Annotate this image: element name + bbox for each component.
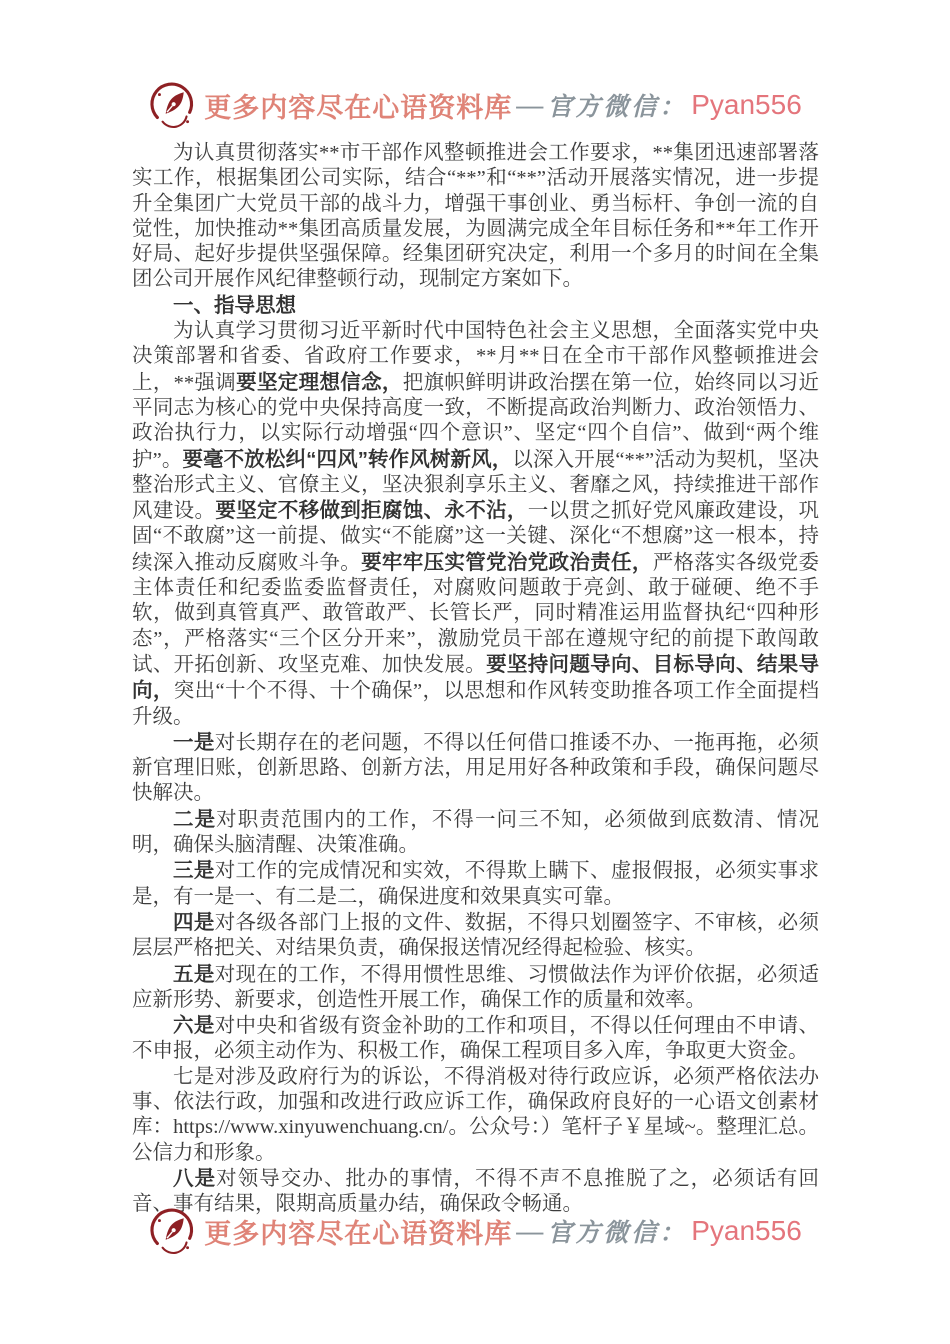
- paragraph: 七是对涉及政府行为的诉讼，不得消极对待行政应诉，必须严格依法办事、依法行政，加强…: [132, 1065, 819, 1166]
- bold-text-run: 要毫不放松纠“四风”转作风树新风，: [182, 448, 512, 471]
- page-header: 更多内容尽在心语资料库 — 官方微信： Pyan556: [0, 80, 950, 130]
- brand-separator: —: [516, 1216, 543, 1247]
- text-run: 突出“十个不得、十个确保”，以思想和作风转变助推各项工作全面提档升级。: [132, 680, 819, 727]
- document-page: 更多内容尽在心语资料库 — 官方微信： Pyan556 为认真贯彻落实**市干部…: [0, 0, 950, 1344]
- text-run: 对各级各部门上报的文件、数据，不得只划圈签字、不审核，必须层层严格把关、对结果负…: [132, 912, 819, 959]
- bold-text-run: 要坚定不移做到拒腐蚀、永不沾，: [215, 499, 527, 522]
- page-footer: 更多内容尽在心语资料库 — 官方微信： Pyan556: [0, 1206, 950, 1256]
- document-body: 为认真贯彻落实**市干部作风整顿推进会工作要求，**集团迅速部署落实工作，根据集…: [132, 141, 819, 1217]
- bold-text-run: 三是: [173, 859, 215, 882]
- paragraph: 三是对工作的完成情况和实效，不得欺上瞒下、虚报假报，必须实事求是，有一是一、有二…: [132, 858, 819, 910]
- paragraph: 为认真学习贯彻习近平新时代中国特色社会主义思想，全面落实党中央决策部署和省委、省…: [132, 319, 819, 730]
- paragraph: 为认真贯彻落实**市干部作风整顿推进会工作要求，**集团迅速部署落实工作，根据集…: [132, 141, 819, 293]
- wechat-label: 官方微信：: [547, 87, 687, 123]
- bold-text-run: 六是: [173, 1014, 215, 1037]
- bold-text-run: 二是: [173, 808, 216, 831]
- paragraph: 一是对长期存在的老问题，不得以任何借口推诿不办、一拖再拖，必须新官理旧账，创新思…: [132, 730, 819, 807]
- paragraph: 二是对职责范围内的工作，不得一问三不知，必须做到底数清、情况明，确保头脑清醒、决…: [132, 807, 819, 859]
- brand-separator: —: [516, 90, 543, 121]
- section-heading: 一、指导思想: [132, 293, 819, 319]
- text-run: 对现在的工作，不得用惯性思维、习惯做法作为评价依据，必须适应新形势、新要求，创造…: [132, 964, 819, 1011]
- text-run: 对长期存在的老问题，不得以任何借口推诿不办、一拖再拖，必须新官理旧账，创新思路、…: [132, 732, 819, 805]
- pen-nib-logo-icon: [148, 1206, 198, 1256]
- brand-text: 更多内容尽在心语资料库: [204, 86, 512, 125]
- bold-text-run: 一、指导思想: [173, 294, 296, 317]
- text-run: 为认真贯彻落实**市干部作风整顿推进会工作要求，**集团迅速部署落实工作，根据集…: [132, 142, 819, 290]
- text-run: 对中央和省级有资金补助的工作和项目，不得以任何理由不申请、不申报，必须主动作为、…: [132, 1015, 819, 1062]
- paragraph: 四是对各级各部门上报的文件、数据，不得只划圈签字、不审核，必须层层严格把关、对结…: [132, 910, 819, 962]
- brand-text: 更多内容尽在心语资料库: [204, 1212, 512, 1251]
- bold-text-run: 要牢牢压实管党治党政治责任，: [361, 551, 653, 574]
- text-run: 对职责范围内的工作，不得一问三不知，必须做到底数清、情况明，确保头脑清醒、决策准…: [132, 809, 819, 856]
- wechat-id: Pyan556: [691, 1215, 802, 1247]
- bold-text-run: 五是: [173, 963, 215, 986]
- wechat-id: Pyan556: [691, 89, 802, 121]
- pen-nib-logo-icon: [148, 80, 198, 130]
- bold-text-run: 要坚定理想信念，: [236, 371, 403, 394]
- text-run: 对工作的完成情况和实效，不得欺上瞒下、虚报假报，必须实事求是，有一是一、有二是二…: [132, 860, 819, 907]
- bold-text-run: 八是: [173, 1167, 216, 1190]
- paragraph: 六是对中央和省级有资金补助的工作和项目，不得以任何理由不申请、不申报，必须主动作…: [132, 1013, 819, 1065]
- text-run: 七是对涉及政府行为的诉讼，不得消极对待行政应诉，必须严格依法办事、依法行政，加强…: [132, 1066, 819, 1164]
- paragraph: 五是对现在的工作，不得用惯性思维、习惯做法作为评价依据，必须适应新形势、新要求，…: [132, 962, 819, 1014]
- bold-text-run: 一是: [173, 731, 215, 754]
- bold-text-run: 四是: [173, 911, 215, 934]
- wechat-label: 官方微信：: [547, 1213, 687, 1249]
